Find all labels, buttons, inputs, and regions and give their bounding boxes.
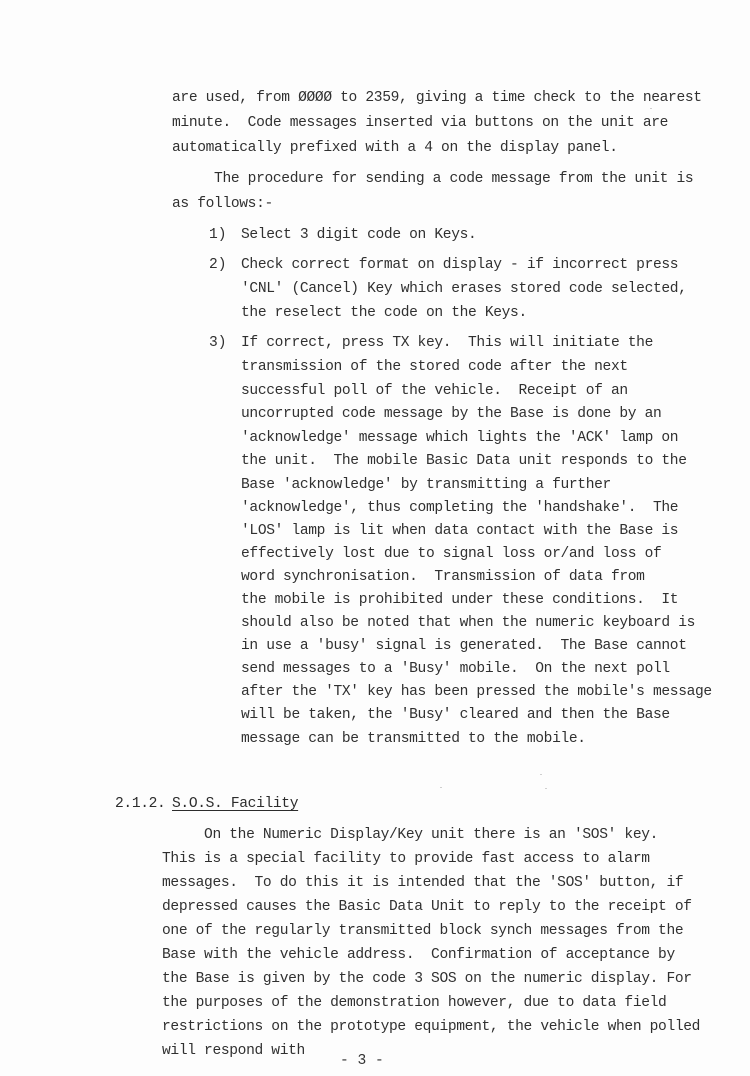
text-line: message can be transmitted to the mobile… bbox=[241, 730, 586, 748]
text-line: the reselect the code on the Keys. bbox=[241, 304, 527, 322]
text-line: will respond with bbox=[162, 1042, 305, 1060]
text-line: 'CNL' (Cancel) Key which erases stored c… bbox=[241, 280, 687, 298]
text-line: effectively lost due to signal loss or/a… bbox=[241, 545, 661, 563]
text-line: minute. Code messages inserted via butto… bbox=[172, 114, 668, 132]
text-line: are used, from ØØØØ to 2359, giving a ti… bbox=[172, 89, 702, 107]
text-line: messages. To do this it is intended that… bbox=[162, 874, 683, 892]
text-line: This is a special facility to provide fa… bbox=[162, 850, 650, 868]
text-line: automatically prefixed with a 4 on the d… bbox=[172, 139, 618, 157]
page-number: - 3 - bbox=[340, 1052, 384, 1070]
text-line: 'acknowledge', thus completing the 'hand… bbox=[241, 499, 678, 517]
text-line: uncorrupted code message by the Base is … bbox=[241, 405, 661, 423]
text-line: as follows:- bbox=[172, 195, 273, 213]
text-line: restrictions on the prototype equipment,… bbox=[162, 1018, 700, 1036]
text-line: Select 3 digit code on Keys. bbox=[241, 226, 476, 244]
text-line: depressed causes the Basic Data Unit to … bbox=[162, 898, 692, 916]
text-line: word synchronisation. Transmission of da… bbox=[241, 568, 645, 586]
text-line: The procedure for sending a code message… bbox=[172, 170, 693, 188]
text-line: send messages to a 'Busy' mobile. On the… bbox=[241, 660, 670, 678]
section-title: S.O.S. Facility bbox=[172, 795, 298, 813]
text-line: the purposes of the demonstration howeve… bbox=[162, 994, 666, 1012]
text-line: the mobile is prohibited under these con… bbox=[241, 591, 678, 609]
section-number: 2.1.2. bbox=[115, 795, 165, 813]
text-line: On the Numeric Display/Key unit there is… bbox=[162, 826, 658, 844]
text-line: If correct, press TX key. This will init… bbox=[241, 334, 653, 352]
step-number: 2) bbox=[209, 256, 227, 274]
text-line: after the 'TX' key has been pressed the … bbox=[241, 683, 712, 701]
text-line: successful poll of the vehicle. Receipt … bbox=[241, 382, 628, 400]
document-page: are used, from ØØØØ to 2359, giving a ti… bbox=[0, 0, 750, 1076]
text-line: the Base is given by the code 3 SOS on t… bbox=[162, 970, 692, 988]
text-line: should also be noted that when the numer… bbox=[241, 614, 695, 632]
text-line: transmission of the stored code after th… bbox=[241, 358, 628, 376]
text-line: in use a 'busy' signal is generated. The… bbox=[241, 637, 687, 655]
step-number: 1) bbox=[209, 226, 227, 244]
scan-speck bbox=[440, 787, 442, 788]
scan-speck bbox=[650, 108, 652, 109]
text-line: Check correct format on display - if inc… bbox=[241, 256, 678, 274]
scan-speck bbox=[545, 788, 547, 789]
text-line: 'LOS' lamp is lit when data contact with… bbox=[241, 522, 678, 540]
text-line: will be taken, the 'Busy' cleared and th… bbox=[241, 706, 670, 724]
text-line: one of the regularly transmitted block s… bbox=[162, 922, 683, 940]
text-line: the unit. The mobile Basic Data unit res… bbox=[241, 452, 687, 470]
step-number: 3) bbox=[209, 334, 227, 352]
text-line: Base 'acknowledge' by transmitting a fur… bbox=[241, 476, 611, 494]
text-line: 'acknowledge' message which lights the '… bbox=[241, 429, 678, 447]
text-line: Base with the vehicle address. Confirmat… bbox=[162, 946, 675, 964]
scan-speck bbox=[540, 774, 542, 775]
